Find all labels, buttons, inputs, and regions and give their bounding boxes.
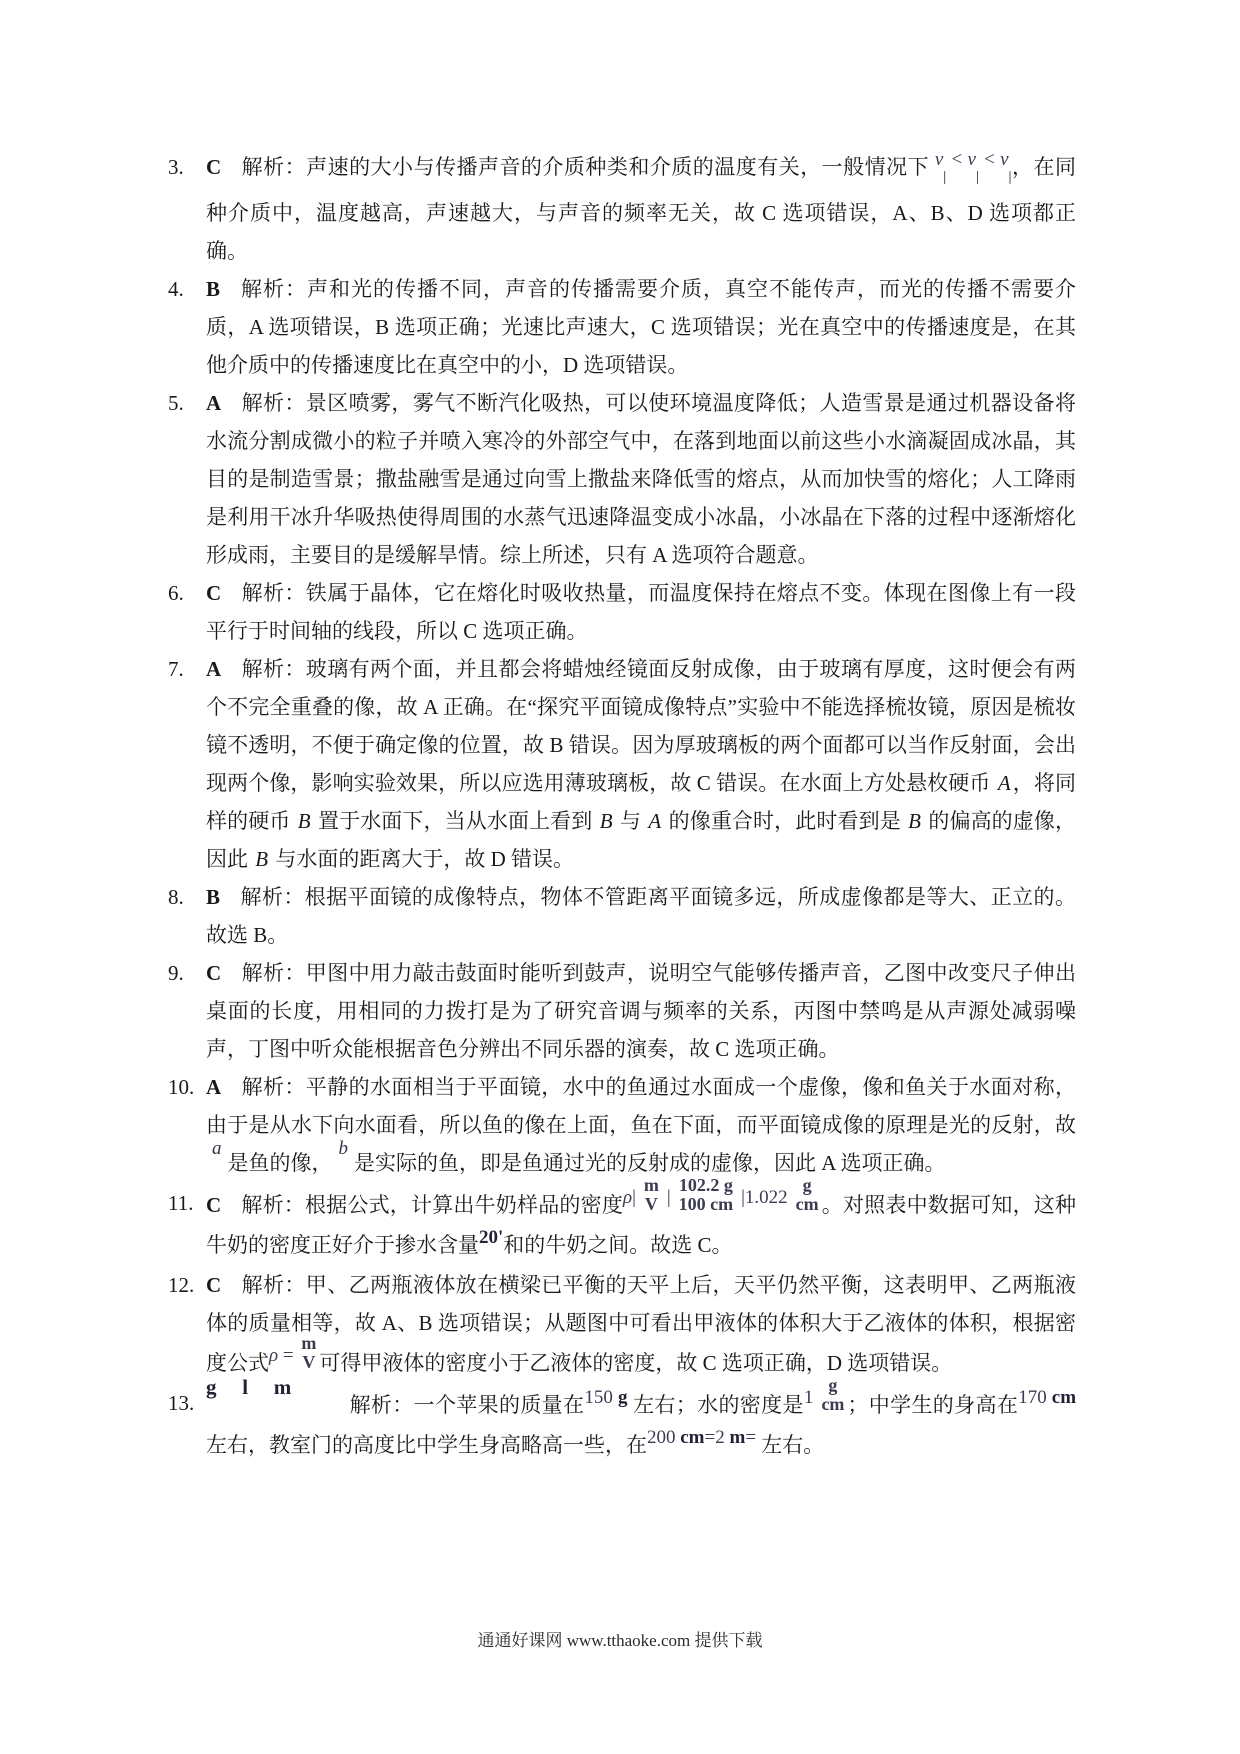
text-run: 是鱼的像， [228, 1151, 333, 1175]
item-body: C解析：声速的大小与传播声音的介质种类和介质的温度有关，一般情况下 v| < v… [206, 148, 1076, 270]
formula-subscript: | [943, 169, 946, 185]
formula-fraction: gcm [821, 1376, 844, 1414]
text-run: 与水面的距离大于，故 D 错误。 [270, 847, 574, 871]
item-body: A解析：玻璃有两个面，并且都会将蜡烛经镜面反射成像，由于玻璃有厚度，这时便会有两… [206, 650, 1076, 878]
fraction-numerator: m [644, 1176, 659, 1195]
formula-text: 200 [647, 1427, 680, 1448]
formula-text: = [278, 1345, 298, 1366]
item-body: C解析：甲、乙两瓶液体放在横梁已平衡的天平上后，天平仍然平衡，这表明甲、乙两瓶液… [206, 1266, 1076, 1384]
item-body: C解析：铁属于晶体，它在熔化时吸收热量，而温度保持在熔点不变。体现在图像上有一段… [206, 574, 1076, 650]
answer-letter: C [206, 961, 221, 985]
text-run: 解析：铁属于晶体，它在熔化时吸收热量，而温度保持在熔点不变。体现在图像上有一段平… [206, 581, 1076, 643]
formula-text: < [979, 149, 1000, 170]
text-run: 与 [615, 809, 647, 833]
answer-blanks: g l m [206, 1375, 293, 1399]
math-variable: B [906, 809, 923, 833]
text-run: 左右。 [756, 1433, 824, 1457]
solutions-list: 3.C解析：声速的大小与传播声音的介质种类和介质的温度有关，一般情况下 v| <… [0, 0, 1240, 1466]
formula-fraction: mV [301, 1334, 316, 1372]
item-number: 13. [168, 1384, 206, 1422]
formula-text: 1 [804, 1387, 819, 1408]
formula-text: =2 [705, 1427, 730, 1448]
item-number: 11. [168, 1184, 206, 1222]
text-run: 解析：平静的水面相当于平面镜，水中的鱼通过水面成一个虚像，像和鱼关于水面对称，由… [206, 1075, 1076, 1137]
item-body: C解析：根据公式，计算出牛奶样品的密度ρ| mV | 102.2 g100 cm… [206, 1184, 1076, 1266]
solution-item: 9.C解析：甲图中用力敲击鼓面时能听到鼓声，说明空气能够传播声音，乙图中改变尺子… [168, 954, 1076, 1068]
item-number: 7. [168, 650, 206, 688]
solution-item: 13.g l m解析：一个苹果的质量在150 g 左右；水的密度是1 gcm；中… [168, 1384, 1076, 1466]
item-body: g l m解析：一个苹果的质量在150 g 左右；水的密度是1 gcm；中学生的… [206, 1384, 1076, 1466]
text-run: 左右；水的密度是 [627, 1393, 803, 1417]
answer-letter: A [206, 1075, 221, 1099]
formula-variable: v [935, 149, 943, 170]
math-variable: b [333, 1138, 355, 1159]
math-variable: B [253, 847, 270, 871]
fraction-numerator: m [301, 1334, 316, 1353]
text-run: 解析：玻璃有两个面，并且都会将蜡烛经镜面反射成像，由于玻璃有厚度，这时便会有两个… [206, 657, 1076, 795]
formula-variable: ρ [623, 1187, 632, 1208]
formula-fraction: gcm [796, 1176, 819, 1214]
text-run: 解析：声和光的传播不同，声音的传播需要介质，真空不能传声，而光的传播不需要介质，… [206, 277, 1076, 377]
formula-variable: ρ [269, 1345, 278, 1366]
formula-unit: cm [1052, 1387, 1076, 1408]
solution-item: 6.C解析：铁属于晶体，它在熔化时吸收热量，而温度保持在熔点不变。体现在图像上有… [168, 574, 1076, 650]
fraction-denominator: V [301, 1353, 316, 1372]
item-body: A解析：景区喷雾，雾气不断汽化吸热，可以使环境温度降低；人造雪景是通过机器设备将… [206, 384, 1076, 574]
formula-unit: 20' [479, 1227, 503, 1248]
item-number: 3. [168, 148, 206, 186]
answer-letter: B [206, 885, 220, 909]
item-body: B解析：声和光的传播不同，声音的传播需要介质，真空不能传声，而光的传播不需要介质… [206, 270, 1076, 384]
formula-variable: v [967, 149, 975, 170]
document-page: 3.C解析：声速的大小与传播声音的介质种类和介质的温度有关，一般情况下 v| <… [0, 0, 1240, 1754]
page-footer: 通通好课网 www.tthaoke.com 提供下载 [0, 1626, 1240, 1651]
formula-unit: m [729, 1427, 745, 1448]
item-number: 5. [168, 384, 206, 422]
text-run: 解析：景区喷雾，雾气不断汽化吸热，可以使环境温度降低；人造雪景是通过机器设备将水… [206, 391, 1076, 567]
text-run: 解析：根据公式，计算出牛奶样品的密度 [241, 1193, 623, 1217]
item-body: C解析：甲图中用力敲击鼓面时能听到鼓声，说明空气能够传播声音，乙图中改变尺子伸出… [206, 954, 1076, 1068]
text-run: 解析：根据平面镜的成像特点，物体不管距离平面镜多远，所成虚像都是等大、正立的。故… [206, 885, 1076, 947]
formula-text: < [946, 149, 967, 170]
solution-item: 12.C解析：甲、乙两瓶液体放在横梁已平衡的天平上后，天平仍然平衡，这表明甲、乙… [168, 1266, 1076, 1384]
text-run: 可得甲液体的密度小于乙液体的密度，故 C 选项正确，D 选项错误。 [319, 1351, 952, 1375]
formula-unit: cm [680, 1427, 704, 1448]
item-body: B解析：根据平面镜的成像特点，物体不管距离平面镜多远，所成虚像都是等大、正立的。… [206, 878, 1076, 954]
math-variable: B [598, 809, 615, 833]
math-variable: A [996, 771, 1013, 795]
text-run: 的像重合时，此时看到是 [663, 809, 906, 833]
item-number: 8. [168, 878, 206, 916]
solution-item: 10.A解析：平静的水面相当于平面镜，水中的鱼通过水面成一个虚像，像和鱼关于水面… [168, 1068, 1076, 1184]
item-body: A解析：平静的水面相当于平面镜，水中的鱼通过水面成一个虚像，像和鱼关于水面对称，… [206, 1068, 1076, 1184]
text-run: 解析：一个苹果的质量在 [349, 1393, 584, 1417]
solution-item: 8.B解析：根据平面镜的成像特点，物体不管距离平面镜多远，所成虚像都是等大、正立… [168, 878, 1076, 954]
fraction-denominator: V [644, 1195, 659, 1214]
answer-letter: C [206, 155, 221, 179]
answer-letter: B [206, 277, 220, 301]
formula-variable: v [1000, 149, 1008, 170]
text-run: 是实际的鱼，即是鱼通过光的反射成的虚像，因此 A 选项正确。 [354, 1151, 946, 1175]
fraction-numerator: g [821, 1376, 844, 1395]
text-run: 和的牛奶之间。故选 C。 [503, 1233, 732, 1257]
item-number: 4. [168, 270, 206, 308]
item-number: 9. [168, 954, 206, 992]
formula-unit: g [618, 1387, 628, 1408]
formula-subscript: | [1009, 169, 1012, 185]
math-variable: a [206, 1138, 228, 1159]
math-variable: A [646, 809, 663, 833]
formula-text: = [745, 1427, 756, 1448]
text-run: 解析：甲图中用力敲击鼓面时能听到鼓声，说明空气能够传播声音，乙图中改变尺子伸出桌… [206, 961, 1076, 1061]
answer-letter: C [206, 1273, 221, 1297]
formula-fraction: 102.2 g100 cm [679, 1176, 733, 1214]
text-run: ；中学生的身高在 [847, 1393, 1018, 1417]
formula-text: | [662, 1187, 676, 1208]
item-number: 6. [168, 574, 206, 612]
fraction-denominator: cm [796, 1195, 819, 1214]
fraction-denominator: cm [821, 1395, 844, 1414]
item-number: 12. [168, 1266, 206, 1304]
fraction-numerator: 102.2 g [679, 1176, 733, 1195]
solution-item: 11.C解析：根据公式，计算出牛奶样品的密度ρ| mV | 102.2 g100… [168, 1184, 1076, 1266]
solution-item: 4.B解析：声和光的传播不同，声音的传播需要介质，真空不能传声，而光的传播不需要… [168, 270, 1076, 384]
answer-letter: A [206, 391, 221, 415]
answer-letter: C [206, 1193, 221, 1217]
answer-letter: C [206, 581, 221, 605]
formula-fraction: mV [644, 1176, 659, 1214]
formula-text: 170 [1018, 1387, 1052, 1408]
formula-text: 150 [584, 1387, 618, 1408]
solution-item: 7.A解析：玻璃有两个面，并且都会将蜡烛经镜面反射成像，由于玻璃有厚度，这时便会… [168, 650, 1076, 878]
fraction-numerator: g [796, 1176, 819, 1195]
text-run: 解析：声速的大小与传播声音的介质种类和介质的温度有关，一般情况下 [241, 155, 935, 179]
solution-item: 5.A解析：景区喷雾，雾气不断汽化吸热，可以使环境温度降低；人造雪景是通过机器设… [168, 384, 1076, 574]
formula-text: | [632, 1187, 641, 1208]
text-run: 左右，教室门的高度比中学生身高略高一些，在 [206, 1433, 647, 1457]
formula-text: |1.022 [736, 1187, 792, 1208]
solution-item: 3.C解析：声速的大小与传播声音的介质种类和介质的温度有关，一般情况下 v| <… [168, 148, 1076, 270]
text-run: 置于水面下，当从水面上看到 [313, 809, 598, 833]
item-number: 10. [168, 1068, 206, 1106]
math-variable: B [296, 809, 313, 833]
answer-letter: A [206, 657, 221, 681]
formula-subscript: | [976, 169, 979, 185]
fraction-denominator: 100 cm [679, 1195, 733, 1214]
